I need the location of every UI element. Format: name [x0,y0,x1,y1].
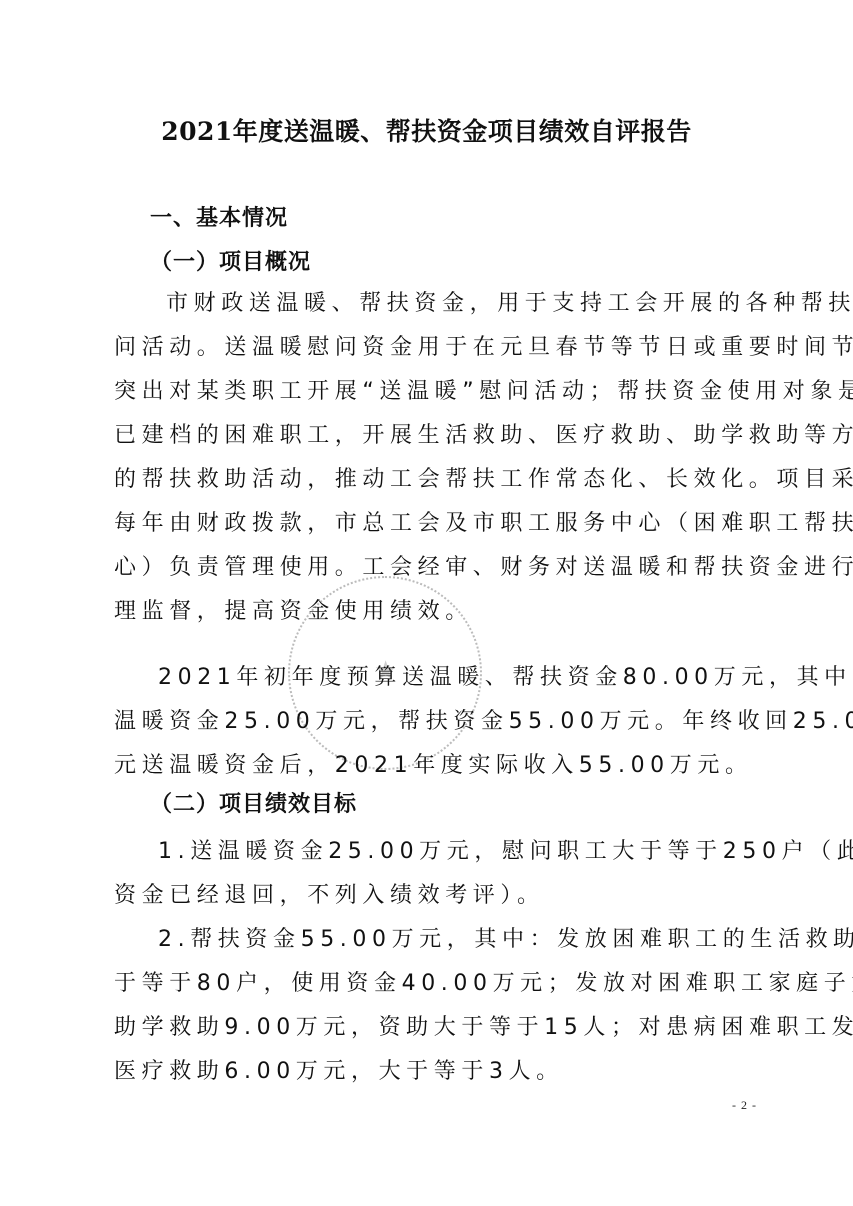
paragraph-budget: 2021年初年度预算送温暖、帮扶资金80.00万元，其中：送 温暖资金25.00… [114,656,760,788]
text-line: 每年由财政拨款，市总工会及市职工服务中心（困难职工帮扶中 [114,502,760,546]
subsection-heading-project-overview: （一）项目概况 [150,244,311,280]
goal-item-2: 2.帮扶资金55.00万元，其中：发放困难职工的生活救助大 于等于80户，使用资… [114,918,760,1094]
text-line: 温暖资金25.00万元，帮扶资金55.00万元。年终收回25.00万 [114,700,760,744]
text-line: 助学救助9.00万元，资助大于等于15人；对患病困难职工发放 [114,1006,760,1050]
text-line: 1.送温暖资金25.00万元，慰问职工大于等于250户（此项 [114,830,760,874]
text-line: 的帮扶救助活动，推动工会帮扶工作常态化、长效化。项目采取 [114,458,760,502]
text-line: 2.帮扶资金55.00万元，其中：发放困难职工的生活救助大 [114,918,760,962]
text-line: 问活动。送温暖慰问资金用于在元旦春节等节日或重要时间节点 [114,326,760,370]
goal-item-1: 1.送温暖资金25.00万元，慰问职工大于等于250户（此项 资金已经退回，不列… [114,830,760,918]
document-title: 2021年度送温暖、帮扶资金项目绩效自评报告 [0,112,853,152]
section-heading-basic-info: 一、基本情况 [150,200,288,236]
paragraph-project-overview: 市财政送温暖、帮扶资金，用于支持工会开展的各种帮扶慰 问活动。送温暖慰问资金用于… [114,282,760,634]
text-line: 心）负责管理使用。工会经审、财务对送温暖和帮扶资金进行管 [114,546,760,590]
text-line: 理监督，提高资金使用绩效。 [114,590,760,634]
text-line: 资金已经退回，不列入绩效考评）。 [114,874,760,918]
text-line: 已建档的困难职工，开展生活救助、医疗救助、助学救助等方面 [114,414,760,458]
text-line: 市财政送温暖、帮扶资金，用于支持工会开展的各种帮扶慰 [114,282,760,326]
document-page: ★ 2021年度送温暖、帮扶资金项目绩效自评报告 一、基本情况 （一）项目概况 … [0,0,853,1206]
subsection-heading-performance-goals: （二）项目绩效目标 [150,786,357,822]
text-line: 于等于80户，使用资金40.00万元；发放对困难职工家庭子女的 [114,962,760,1006]
text-line: 突出对某类职工开展“送温暖”慰问活动；帮扶资金使用对象是 [114,370,760,414]
page-number: - 2 - [732,1098,757,1113]
text-line: 元送温暖资金后，2021年度实际收入55.00万元。 [114,744,760,788]
text-line: 2021年初年度预算送温暖、帮扶资金80.00万元，其中：送 [114,656,760,700]
text-line: 医疗救助6.00万元，大于等于3人。 [114,1050,760,1094]
